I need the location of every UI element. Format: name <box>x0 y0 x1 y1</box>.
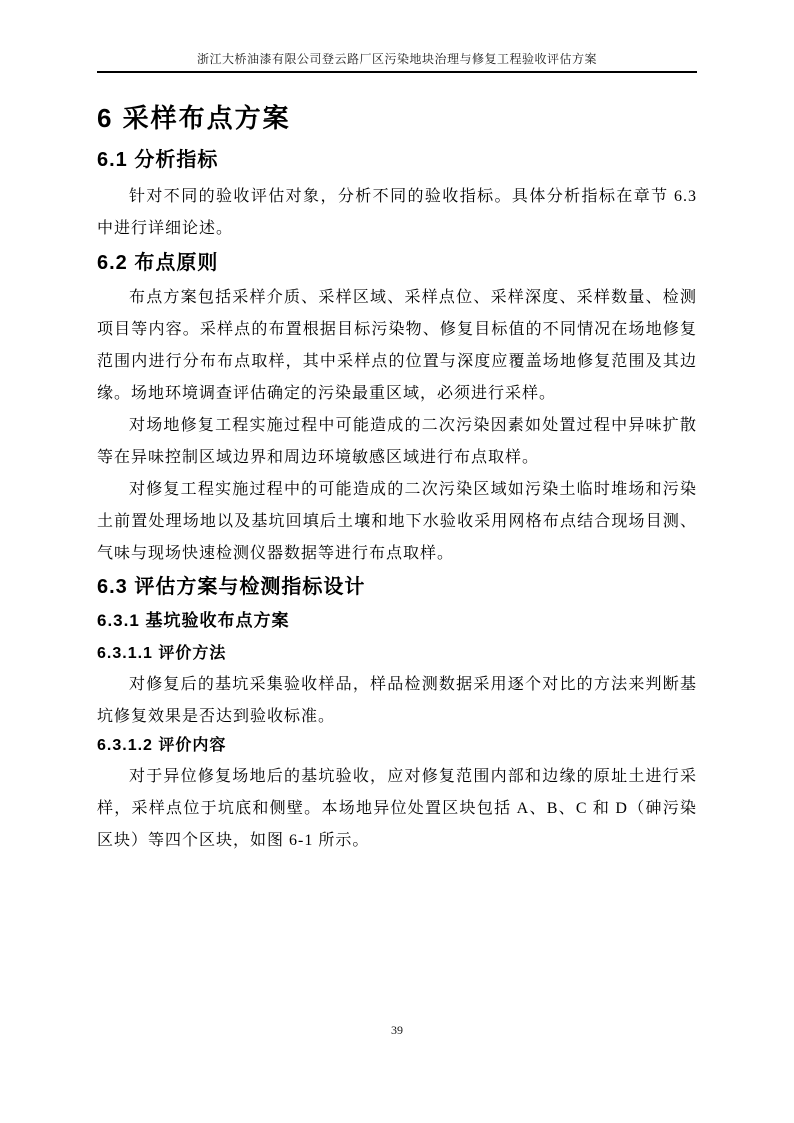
subsection-heading-6-3-1-1: 6.3.1.1 评价方法 <box>97 643 697 665</box>
paragraph-6-3-1-1-1: 对修复后的基坑采集验收样品，样品检测数据采用逐个对比的方法来判断基坑修复效果是否… <box>97 669 697 733</box>
page-header: 浙江大桥油漆有限公司登云路厂区污染地块治理与修复工程验收评估方案 <box>97 52 697 73</box>
paragraph-6-1-1: 针对不同的验收评估对象，分析不同的验收指标。具体分析指标在章节 6.3 中进行详… <box>97 181 697 245</box>
page-header-title: 浙江大桥油漆有限公司登云路厂区污染地块治理与修复工程验收评估方案 <box>197 52 597 66</box>
page-footer: 39 <box>0 1023 794 1037</box>
subsection-heading-6-3-1: 6.3.1 基坑验收布点方案 <box>97 610 697 632</box>
section-heading-6-1: 6.1 分析指标 <box>97 147 697 173</box>
paragraph-6-3-1-2-1: 对于异位修复场地后的基坑验收，应对修复范围内部和边缘的原址土进行采样，采样点位于… <box>97 761 697 857</box>
section-heading-6-2: 6.2 布点原则 <box>97 250 697 276</box>
paragraph-6-2-3: 对修复工程实施过程中的可能造成的二次污染区域如污染土临时堆场和污染土前置处理场地… <box>97 474 697 570</box>
page-content: 6 采样布点方案 6.1 分析指标 针对不同的验收评估对象，分析不同的验收指标。… <box>97 103 697 857</box>
section-heading-6-3: 6.3 评估方案与检测指标设计 <box>97 574 697 600</box>
chapter-heading: 6 采样布点方案 <box>97 103 697 133</box>
paragraph-6-2-2: 对场地修复工程实施过程中可能造成的二次污染因素如处置过程中异味扩散等在异味控制区… <box>97 410 697 474</box>
subsection-heading-6-3-1-2: 6.3.1.2 评价内容 <box>97 735 697 757</box>
page-number: 39 <box>391 1023 403 1037</box>
paragraph-6-2-1: 布点方案包括采样介质、采样区域、采样点位、采样深度、采样数量、检测项目等内容。采… <box>97 282 697 410</box>
document-page: 浙江大桥油漆有限公司登云路厂区污染地块治理与修复工程验收评估方案 6 采样布点方… <box>0 0 794 1123</box>
